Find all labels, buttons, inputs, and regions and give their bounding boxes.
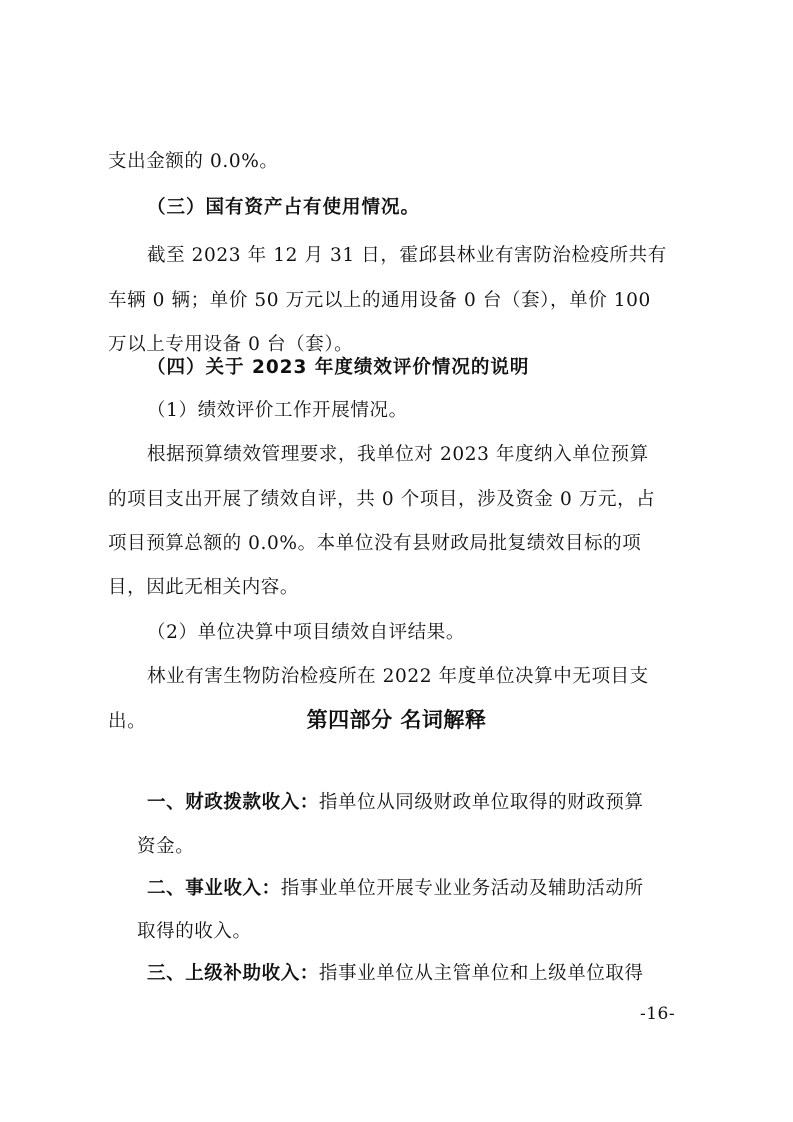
paragraph-line: 截至 2023 年 12 月 31 日，霍邱县林业有害防治检疫所共有 <box>147 244 732 268</box>
definition-continuation: 资金。 <box>137 835 722 859</box>
paragraph-line: 车辆 0 辆；单价 50 万元以上的通用设备 0 台（套），单价 100 <box>108 289 693 313</box>
section-heading-assets: （三）国有资产占有使用情况。 <box>147 196 732 220</box>
page-number: -16- <box>640 1004 675 1024</box>
paragraph-line: 支出金额的 0.0%。 <box>108 150 693 174</box>
paragraph-line: 目，因此无相关内容。 <box>108 576 693 600</box>
definition-continuation: 取得的收入。 <box>137 920 722 944</box>
subheading-self-eval-results: （2）单位决算中项目绩效自评结果。 <box>147 621 732 645</box>
paragraph-line: 万以上专用设备 0 台（套）。 <box>108 333 693 357</box>
section-heading-performance: （四）关于 2023 年度绩效评价情况的说明 <box>147 356 732 380</box>
definition-term: 一、财政拨款收入： <box>147 792 319 813</box>
definition-term: 二、事业收入： <box>147 878 281 899</box>
definition-item: 三、上级补助收入：指事业单位从主管单位和上级单位取得 <box>147 962 732 986</box>
paragraph-line: 的项目支出开展了绩效自评，共 0 个项目，涉及资金 0 万元，占 <box>108 488 693 512</box>
subheading-work-status: （1）绩效评价工作开展情况。 <box>147 399 732 423</box>
definition-item: 二、事业收入：指事业单位开展专业业务活动及辅助活动所 <box>147 877 732 901</box>
definition-text: 指事业单位开展专业业务活动及辅助活动所 <box>281 878 644 899</box>
definition-item: 一、财政拨款收入：指单位从同级财政单位取得的财政预算 <box>147 791 732 815</box>
definition-term: 三、上级补助收入： <box>147 963 319 984</box>
document-page: 支出金额的 0.0%。 （三）国有资产占有使用情况。 截至 2023 年 12 … <box>0 0 793 1122</box>
paragraph-line: 根据预算绩效管理要求，我单位对 2023 年度纳入单位预算 <box>147 443 732 467</box>
definition-text: 指单位从同级财政单位取得的财政预算 <box>319 792 644 813</box>
part-title: 第四部分 名词解释 <box>0 706 793 734</box>
paragraph-line: 林业有害生物防治检疫所在 2022 年度单位决算中无项目支 <box>147 665 732 689</box>
paragraph-line: 项目预算总额的 0.0%。本单位没有县财政局批复绩效目标的项 <box>108 532 693 556</box>
definition-text: 指事业单位从主管单位和上级单位取得 <box>319 963 644 984</box>
